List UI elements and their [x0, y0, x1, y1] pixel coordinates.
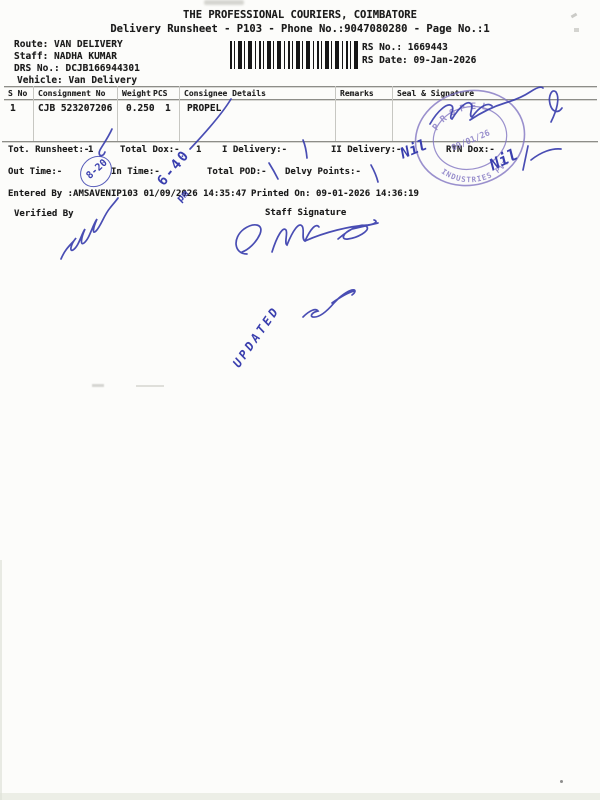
scan-dot-bottom: [560, 780, 563, 783]
staff-signature-script: [272, 225, 319, 252]
row-weight: 0.250: [126, 103, 155, 114]
vehicle-field: Vehicle: Van Delivery: [17, 75, 137, 86]
delvy-points-label: Delvy Points:-: [285, 167, 361, 177]
out-time-label: Out Time:-: [8, 167, 62, 177]
scan-smudge-top: [204, 0, 244, 5]
table-bottom-rule: [2, 141, 598, 142]
rtn-dox-dash-stroke: [531, 149, 561, 160]
in-time-label: In Time:-: [111, 167, 160, 177]
ii-delivery-handwritten-note: Nil: [398, 136, 430, 163]
staff-signature-tail: [305, 220, 378, 241]
row-consignment-no: CJB 523207206: [38, 103, 112, 114]
col-header-weight: Weight: [122, 89, 151, 98]
scan-smudge-mid-1: [92, 384, 104, 387]
page-subtitle: Delivery Runsheet - P103 - Phone No.:904…: [0, 23, 600, 35]
total-dox-value: 1: [196, 145, 201, 155]
col-header-consignee: Consignee Details: [184, 89, 266, 98]
scan-left-strip: [0, 560, 2, 800]
rtn-dox-bar-stroke: [523, 146, 528, 170]
delvy-points-tick: [371, 165, 378, 182]
table-col-divider: [179, 86, 180, 141]
total-pod-label: Total POD:-: [207, 167, 267, 177]
rs-date-field: RS Date: 09-Jan-2026: [362, 55, 476, 66]
printed-on-line: Printed On: 09-01-2026 14:36:19: [251, 189, 419, 199]
row-sno: 1: [10, 103, 16, 114]
staff-field: Staff: NADHA KUMAR: [14, 51, 117, 62]
updated-handwritten-note: UPDATED: [230, 303, 283, 370]
scan-smudge-mid-2: [136, 385, 164, 387]
table-col-divider: [117, 86, 118, 141]
tot-runsheet-label: Tot. Runsheet:-: [8, 145, 89, 155]
rs-no-field: RS No.: 1669443: [362, 42, 448, 53]
runsheet-curl-stroke: [99, 129, 112, 156]
stamp-outer-ring: [410, 88, 534, 192]
updated-note-signature: [303, 290, 355, 317]
col-header-pcs: PCS: [153, 89, 167, 98]
verified-by-label: Verified By: [14, 209, 74, 219]
page-title: THE PROFESSIONAL COURIERS, COIMBATORE: [0, 9, 600, 21]
col-header-consignment: Consignment No: [38, 89, 105, 98]
staff-signature-d: [236, 225, 261, 254]
col-header-sno: S No: [8, 89, 27, 98]
ii-delivery-label: II Delivery:-: [331, 145, 401, 155]
ink-signatures-overlay: [0, 0, 600, 800]
table-top-rule: [4, 86, 597, 87]
stamp-ring-top-text: PROPEL: [427, 96, 496, 134]
runsheet-barcode: [230, 41, 359, 69]
scan-bottom-strip: [0, 793, 600, 800]
col-header-remarks: Remarks: [340, 89, 374, 98]
tot-runsheet-value: 1: [88, 145, 93, 155]
scanned-delivery-runsheet: THE PROFESSIONAL COURIERS, COIMBATORE De…: [0, 0, 600, 800]
staff-signature-label: Staff Signature: [265, 208, 346, 218]
row-consignee: PROPEL: [187, 103, 221, 114]
table-col-divider: [335, 86, 336, 141]
total-pod-tick: [269, 163, 278, 179]
table-col-divider: [392, 86, 393, 141]
drs-no-field: DRS No.: DCJB166944301: [14, 63, 140, 74]
company-seal-stamp: PROPEL INDUSTRIES PVT 09/01/26: [410, 88, 534, 192]
verified-by-signature: [61, 198, 118, 259]
i-delivery-label: I Delivery:-: [222, 145, 287, 155]
rtn-dox-label: RTN Dox:-: [446, 145, 495, 155]
col-header-seal: Seal & Signature: [397, 89, 474, 98]
table-col-divider: [33, 86, 34, 141]
stamp-ring-top-textpath: PROPEL: [427, 96, 496, 134]
i-delivery-tick: [303, 140, 307, 158]
table-header-rule: [4, 99, 597, 100]
row-pcs: 1: [165, 103, 171, 114]
entered-by-line: Entered By :AMSAVENIP103 01/09/2026 14:3…: [8, 189, 246, 199]
total-dox-label: Total Dox:-: [120, 145, 180, 155]
route-field: Route: VAN DELIVERY: [14, 39, 123, 50]
stamp-flourish-curl: [549, 91, 562, 122]
